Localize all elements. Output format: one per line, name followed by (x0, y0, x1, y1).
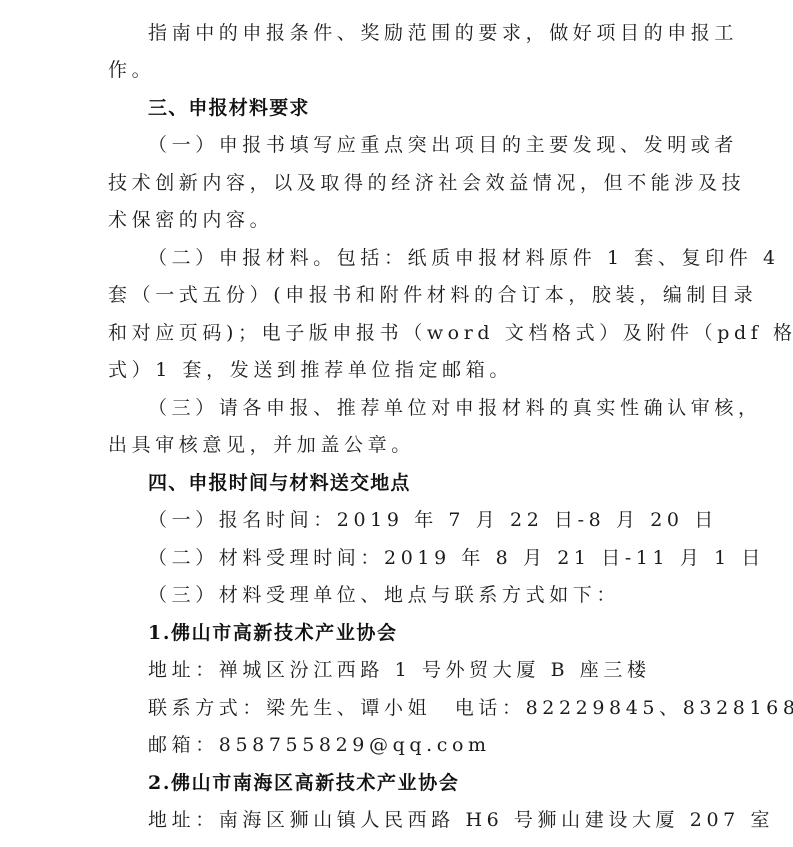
paragraph-line: 出具审核意见，并加盖公章。 (108, 432, 415, 458)
document-page: 指南中的申报条件、奖励范围的要求，做好项目的申报工 作。 三、申报材料要求 （一… (0, 0, 793, 847)
paragraph-line: 术保密的内容。 (108, 207, 273, 233)
paragraph-line: 指南中的申报条件、奖励范围的要求，做好项目的申报工 (148, 20, 738, 46)
paragraph-line: （二）申报材料。包括：纸质申报材料原件 1 套、复印件 4 (148, 245, 780, 271)
paragraph-line: （一）申报书填写应重点突出项目的主要发现、发明或者 (148, 132, 738, 158)
org-heading-1: 1.佛山市高新技术产业协会 (148, 620, 398, 646)
paragraph-line: （三）材料受理单位、地点与联系方式如下： (148, 582, 620, 608)
paragraph-line: 作。 (108, 57, 155, 83)
org-1-contact: 联系方式：梁先生、谭小姐 电话：82229845、83281686 (148, 695, 793, 721)
org-2-address: 地址：南海区狮山镇人民西路 H6 号狮山建设大厦 207 室 (148, 807, 774, 833)
org-1-address: 地址：禅城区汾江西路 1 号外贸大厦 B 座三楼 (148, 657, 651, 683)
org-heading-2: 2.佛山市南海区高新技术产业协会 (148, 770, 459, 796)
section-heading-4: 四、申报时间与材料送交地点 (148, 470, 411, 496)
section-heading-3: 三、申报材料要求 (148, 95, 310, 121)
paragraph-line: 和对应页码)；电子版申报书（word 文档格式）及附件（pdf 格 (108, 320, 793, 346)
paragraph-line: （三）请各申报、推荐单位对申报材料的真实性确认审核， (148, 395, 762, 421)
paragraph-line: 套（一式五份）(申报书和附件材料的合订本，胶装，编制目录 (108, 282, 757, 308)
paragraph-line: 式）1 套，发送到推荐单位指定邮箱。 (108, 357, 513, 383)
paragraph-line: 技术创新内容，以及取得的经济社会效益情况，但不能涉及技 (108, 170, 745, 196)
acceptance-time-line: （二）材料受理时间：2019 年 8 月 21 日-11 月 1 日 (148, 545, 765, 571)
org-1-email: 邮箱：858755829@qq.com (148, 732, 491, 758)
registration-time-line: （一）报名时间：2019 年 7 月 22 日-8 月 20 日 (148, 507, 718, 533)
